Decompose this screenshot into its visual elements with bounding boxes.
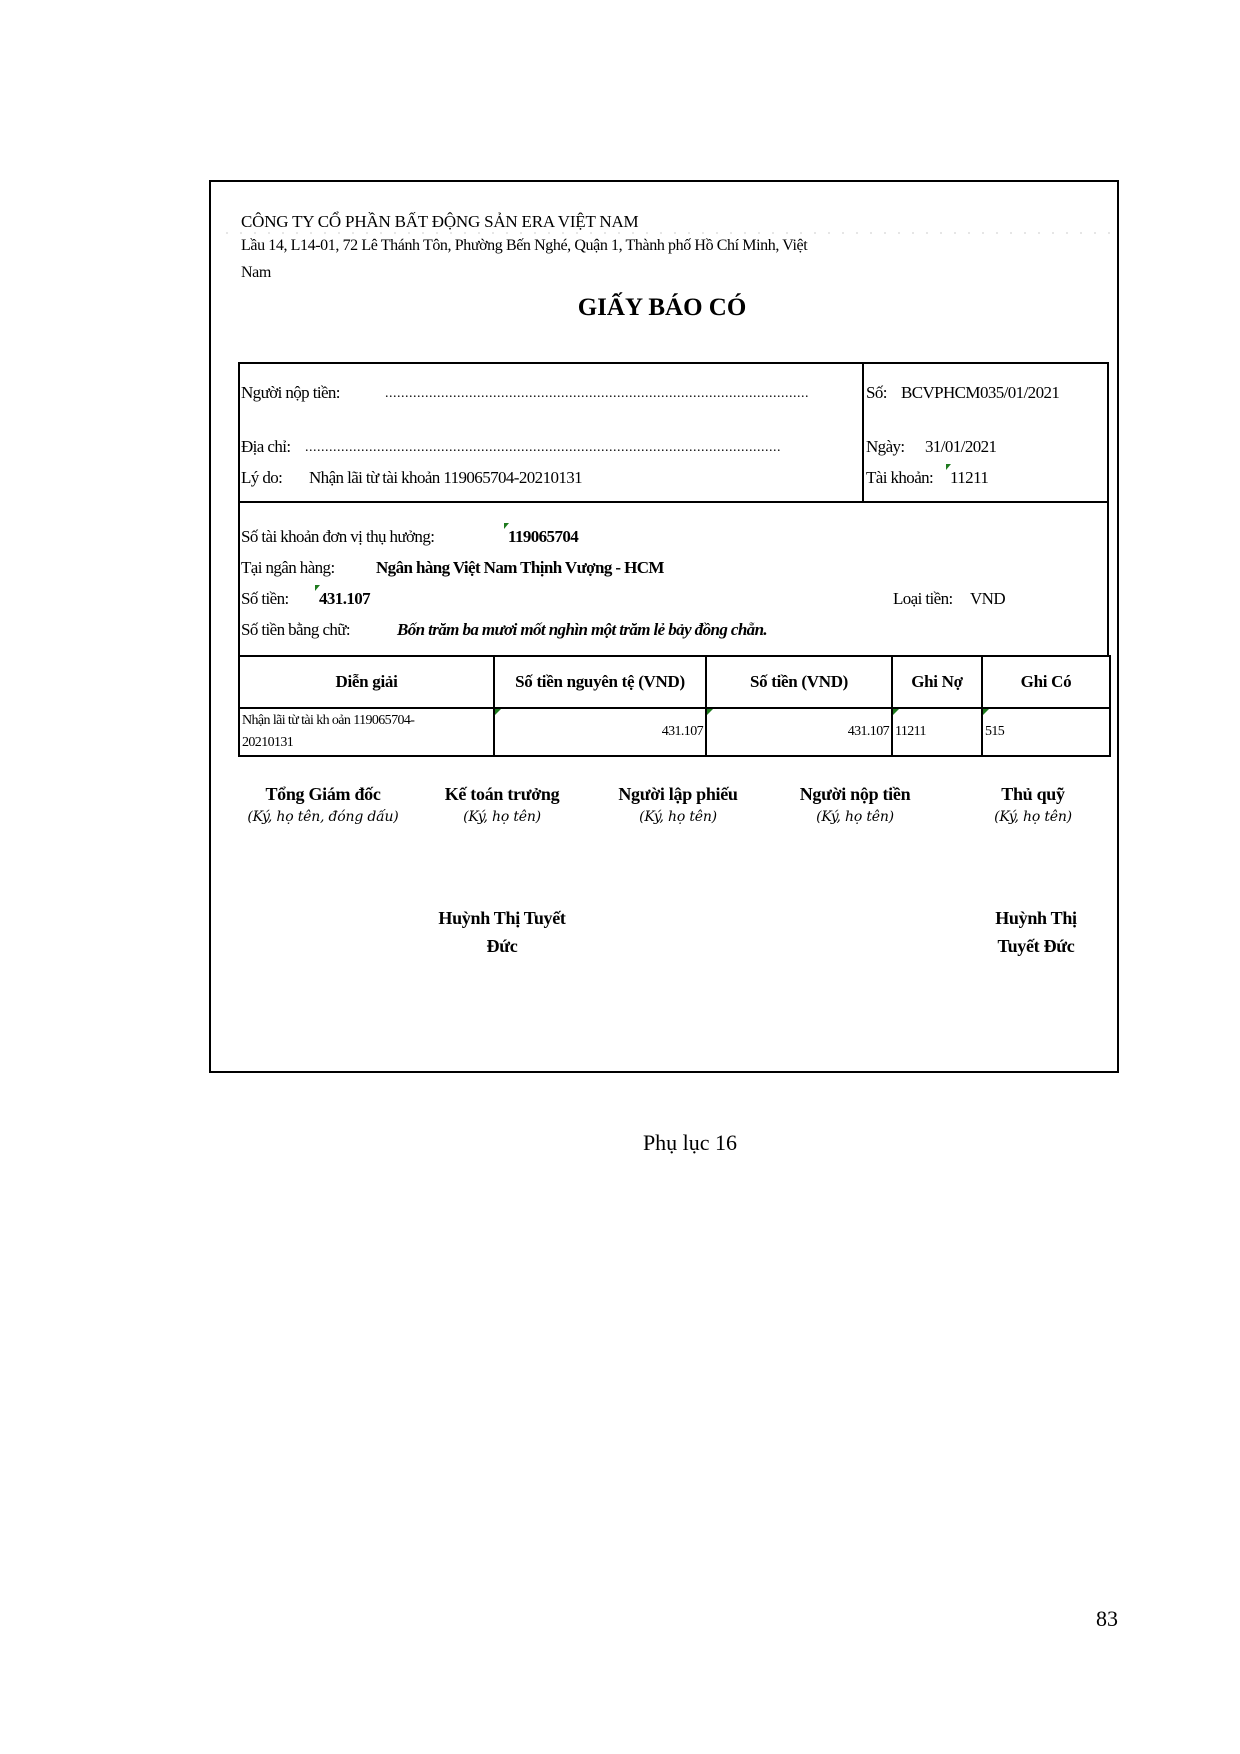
page-number: 83 (1096, 1606, 1118, 1632)
currency-label: Loại tiền: (893, 589, 953, 609)
signer-name-line2: Đức (412, 932, 592, 960)
column-header-credit: Ghi Có (982, 656, 1110, 708)
description-line2: 20210131 (242, 732, 493, 754)
signer-name-line1: Huỳnh Thị (946, 904, 1126, 932)
amount-label: Số tiền: (241, 589, 289, 609)
original-amount-value: 431.107 (662, 724, 703, 739)
signature-preparer: Người lập phiếu (Ký, họ tên) (588, 784, 768, 825)
amount-words-label: Số tiền bằng chữ: (241, 620, 350, 640)
detail-table: Diễn giải Số tiền nguyên tệ (VND) Số tiề… (238, 655, 1111, 757)
column-header-amount: Số tiền (VND) (706, 656, 892, 708)
signature-hint: (Ký, họ tên, đóng dấu) (233, 809, 413, 825)
reason-label: Lý do: (241, 468, 282, 488)
signature-director: Tổng Giám đốc (Ký, họ tên, đóng dấu) (233, 784, 413, 825)
column-header-debit: Ghi Nợ (892, 656, 982, 708)
cell-description: Nhận lãi từ tài kh oản 119065704- 202101… (239, 708, 494, 756)
reason-value: Nhận lãi từ tài khoản 119065704-20210131 (309, 468, 582, 488)
currency-value: VND (970, 589, 1005, 609)
signature-role: Người nộp tiền (765, 784, 945, 805)
signature-role: Thủ quỹ (943, 784, 1123, 805)
amount-value: 431.107 (848, 724, 889, 739)
bank-value: Ngân hàng Việt Nam Thịnh Vượng - HCM (376, 558, 664, 578)
payer-value: ........................................… (385, 386, 840, 402)
amount-value: 431.107 (319, 589, 370, 609)
cell-original-amount: 431.107 (494, 708, 706, 756)
table-row: Nhận lãi từ tài kh oản 119065704- 202101… (239, 708, 1110, 756)
company-address-line1: Lầu 14, L14-01, 72 Lê Thánh Tôn, Phường … (241, 237, 807, 255)
voucher-number-value: BCVPHCM035/01/2021 (901, 383, 1059, 403)
document-title: GIẤY BÁO CÓ (209, 294, 1115, 322)
signature-payer: Người nộp tiền (Ký, họ tên) (765, 784, 945, 825)
description-line1: Nhận lãi từ tài kh oản 119065704- (242, 710, 493, 732)
signature-hint: (Ký, họ tên) (765, 809, 945, 825)
beneficiary-account-label: Số tài khoản đơn vị thụ hưởng: (241, 527, 434, 547)
voucher-number-label: Số: (866, 383, 887, 403)
cashier-name: Huỳnh Thị Tuyết Đức (946, 904, 1126, 960)
company-address-line2: Nam (241, 264, 271, 282)
date-label: Ngày: (866, 437, 905, 457)
signature-role: Người lập phiếu (588, 784, 768, 805)
column-header-description: Diễn giải (239, 656, 494, 708)
bank-label: Tại ngân hàng: (241, 558, 335, 578)
cell-credit: 515 (982, 708, 1110, 756)
company-name: CÔNG TY CỔ PHẦN BẤT ĐỘNG SẢN ERA VIỆT NA… (241, 212, 638, 232)
table-header-row: Diễn giải Số tiền nguyên tệ (VND) Số tiề… (239, 656, 1110, 708)
signature-hint: (Ký, họ tên) (943, 809, 1123, 825)
date-value: 31/01/2021 (925, 437, 996, 457)
cell-flag-icon (707, 709, 713, 715)
signer-name-line1: Huỳnh Thị Tuyết (412, 904, 592, 932)
cell-amount: 431.107 (706, 708, 892, 756)
cell-flag-icon (495, 709, 501, 715)
appendix-caption: Phụ lục 16 (0, 1130, 1240, 1156)
header-box-divider (862, 364, 864, 503)
chief-accountant-name: Huỳnh Thị Tuyết Đức (412, 904, 592, 960)
signature-hint: (Ký, họ tên) (412, 809, 592, 825)
signature-chief-accountant: Kế toán trưởng (Ký, họ tên) (412, 784, 592, 825)
signature-cashier: Thủ quỹ (Ký, họ tên) (943, 784, 1123, 825)
signature-role: Tổng Giám đốc (233, 784, 413, 805)
column-header-original-amount: Số tiền nguyên tệ (VND) (494, 656, 706, 708)
cell-debit: 11211 (892, 708, 982, 756)
payer-label: Người nộp tiền: (241, 383, 340, 403)
signature-role: Kế toán trưởng (412, 784, 592, 805)
address-value: ........................................… (305, 440, 837, 456)
account-value: 11211 (950, 468, 988, 488)
cell-flag-icon (893, 709, 899, 715)
credit-value: 515 (985, 724, 1004, 739)
cell-flag-icon (983, 709, 989, 715)
amount-words-value: Bốn trăm ba mươi mốt nghìn một trăm lẻ b… (397, 620, 767, 640)
beneficiary-account-value: 119065704 (508, 527, 578, 547)
account-label: Tài khoản: (866, 468, 933, 488)
debit-value: 11211 (895, 724, 926, 739)
signer-name-line2: Tuyết Đức (946, 932, 1126, 960)
signature-hint: (Ký, họ tên) (588, 809, 768, 825)
address-label: Địa chỉ: (241, 437, 291, 457)
faint-dotted-guide (220, 232, 1115, 234)
